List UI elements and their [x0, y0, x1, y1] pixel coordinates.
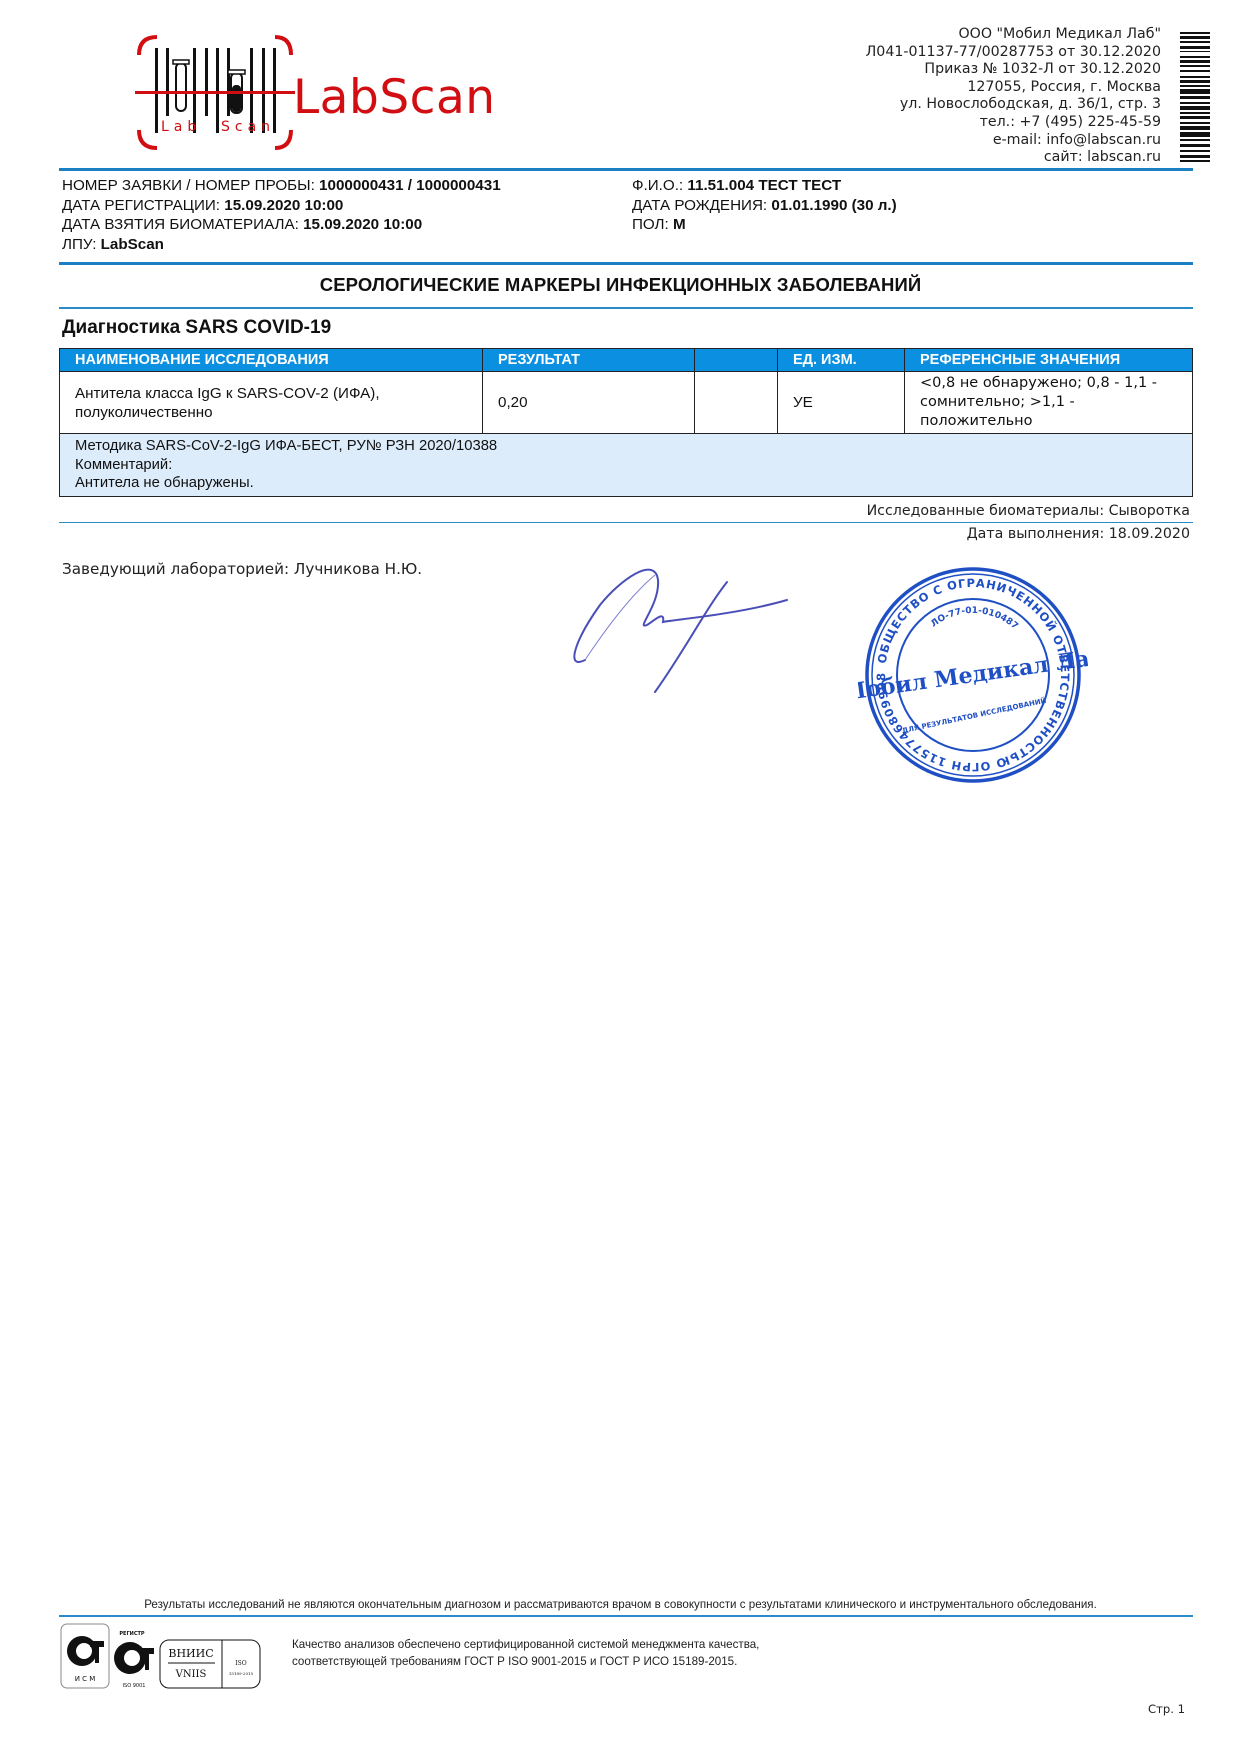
test-name: Антитела класса IgG к SARS-COV-2 (ИФА), … — [60, 372, 483, 433]
table-header: НАИМЕНОВАНИЕ ИССЛЕДОВАНИЯ РЕЗУЛЬТАТ ЕД. … — [60, 349, 1192, 372]
footer-divider — [59, 1615, 1193, 1617]
quality-line-2: соответствующей требованиям ГОСТ Р ISO 9… — [292, 1653, 759, 1670]
sex-value: М — [673, 216, 686, 233]
header-flag — [695, 349, 778, 371]
svg-text:РЕГИСТР: РЕГИСТР — [119, 1631, 145, 1637]
quality-line-1: Качество анализов обеспечено сертифициро… — [292, 1636, 759, 1653]
test-result: 0,20 — [483, 372, 695, 433]
method-text: Методика SARS-CoV-2-IgG ИФА-БЕСТ, РУ№ РЗ… — [75, 437, 1192, 456]
register-gost-icon: РЕГИСТР ISO 9001 — [114, 1631, 154, 1689]
company-order: Приказ № 1032-Л от 30.12.2020 — [741, 61, 1161, 79]
order-info: НОМЕР ЗАЯВКИ / НОМЕР ПРОБЫ: 1000000431 /… — [62, 176, 501, 254]
company-name: ООО "Мобил Медикал Лаб" — [741, 26, 1161, 44]
sample-date: 15.09.2020 10:00 — [303, 216, 422, 233]
table-row: Антитела класса IgG к SARS-COV-2 (ИФА), … — [60, 372, 1192, 434]
report-title: СЕРОЛОГИЧЕСКИЕ МАРКЕРЫ ИНФЕКЦИОННЫХ ЗАБО… — [0, 274, 1241, 296]
biomaterial: Исследованные биоматериалы: Сыворотка — [867, 503, 1190, 519]
company-email: e-mail: info@labscan.ru — [741, 132, 1161, 150]
header-result: РЕЗУЛЬТАТ — [483, 349, 695, 371]
sex-row: ПОЛ: М — [632, 215, 897, 235]
vniis-icon: ВНИИС VNIIS ISO 15189-2015 — [160, 1640, 260, 1688]
barcode-icon — [1180, 32, 1210, 165]
registration-date: 15.09.2020 10:00 — [224, 197, 343, 214]
registration-date-row: ДАТА РЕГИСТРАЦИИ: 15.09.2020 10:00 — [62, 196, 501, 216]
patient-name: 11.51.004 ТЕСТ ТЕСТ — [687, 177, 841, 194]
completion-date: Дата выполнения: 18.09.2020 — [967, 526, 1190, 542]
header-divider — [59, 168, 1193, 171]
barcode-test-tube-icon: Lab Scan — [135, 30, 295, 155]
labscan-logo: Lab Scan LabScan — [135, 30, 505, 155]
patient-info: Ф.И.О.: 11.51.004 ТЕСТ ТЕСТ ДАТА РОЖДЕНИ… — [632, 176, 897, 235]
birth-date: 01.01.1990 (30 л.) — [771, 197, 896, 214]
company-street: ул. Новослободская, д. 36/1, стр. 3 — [741, 96, 1161, 114]
svg-text:ВНИИС: ВНИИС — [168, 1647, 213, 1660]
birth-date-row: ДАТА РОЖДЕНИЯ: 01.01.1990 (30 л.) — [632, 196, 897, 216]
header-reference: РЕФЕРЕНСНЫЕ ЗНАЧЕНИЯ — [905, 349, 1192, 371]
quality-statement: Качество анализов обеспечено сертифициро… — [292, 1636, 759, 1670]
company-phone: тел.: +7 (495) 225-45-59 — [741, 114, 1161, 132]
svg-text:Scan: Scan — [221, 119, 275, 135]
disclaimer: Результаты исследований не являются окон… — [0, 1598, 1241, 1611]
order-number: 1000000431 / 1000000431 — [319, 177, 501, 194]
company-license: Л041-01137-77/00287753 от 30.12.2020 — [741, 44, 1161, 62]
biomaterial-divider — [59, 522, 1193, 523]
svg-text:«Мобил Медикал Лаб»: «Мобил Медикал Лаб» — [858, 642, 1088, 708]
order-number-row: НОМЕР ЗАЯВКИ / НОМЕР ПРОБЫ: 1000000431 /… — [62, 176, 501, 196]
head-of-lab: Заведующий лабораторией: Лучникова Н.Ю. — [62, 560, 422, 578]
company-city: 127055, Россия, г. Москва — [741, 79, 1161, 97]
svg-text:ISO: ISO — [235, 1660, 246, 1667]
svg-text:ISO 9001: ISO 9001 — [123, 1683, 146, 1689]
svg-text:ЛО-77-01-010487: ЛО-77-01-010487 — [929, 606, 1019, 632]
comment-label: Комментарий: — [75, 456, 1192, 475]
test-unit: УЕ — [778, 372, 905, 433]
test-flag — [695, 372, 778, 433]
svg-text:И С М: И С М — [75, 1675, 96, 1683]
signature-image — [555, 560, 805, 710]
results-table: НАИМЕНОВАНИЕ ИССЛЕДОВАНИЯ РЕЗУЛЬТАТ ЕД. … — [59, 348, 1193, 497]
comment-text: Антитела не обнаружены. — [75, 474, 1192, 493]
seal-stamp: ОБЩЕСТВО С ОГРАНИЧЕННОЙ ОТВЕТСТВЕННОСТЬЮ… — [858, 560, 1088, 790]
page-number: Стр. 1 — [1148, 1702, 1185, 1716]
title-bottom-divider — [59, 307, 1193, 309]
section-title: Диагностика SARS COVID-19 — [62, 317, 331, 339]
header-unit: ЕД. ИЗМ. — [778, 349, 905, 371]
logo-wordmark: LabScan — [293, 70, 496, 125]
lpu-value: LabScan — [101, 236, 164, 253]
company-site: сайт: labscan.ru — [741, 149, 1161, 167]
header-test-name: НАИМЕНОВАНИЕ ИССЛЕДОВАНИЯ — [60, 349, 483, 371]
svg-text:Lab: Lab — [161, 119, 201, 135]
lpu-row: ЛПУ: LabScan — [62, 235, 501, 255]
company-details: ООО "Мобил Медикал Лаб" Л041-01137-77/00… — [741, 26, 1161, 167]
method-note: Методика SARS-CoV-2-IgG ИФА-БЕСТ, РУ№ РЗ… — [60, 434, 1192, 496]
patient-name-row: Ф.И.О.: 11.51.004 ТЕСТ ТЕСТ — [632, 176, 897, 196]
sample-date-row: ДАТА ВЗЯТИЯ БИОМАТЕРИАЛА: 15.09.2020 10:… — [62, 215, 501, 235]
certification-logos: И С М РЕГИСТР ISO 9001 ВНИИС VNIIS ISO 1… — [60, 1623, 270, 1693]
test-reference: <0,8 не обнаружено; 0,8 - 1,1 - сомнител… — [905, 372, 1192, 433]
svg-text:15189-2015: 15189-2015 — [229, 1671, 254, 1676]
svg-text:VNIIS: VNIIS — [175, 1669, 207, 1680]
title-top-divider — [59, 262, 1193, 265]
